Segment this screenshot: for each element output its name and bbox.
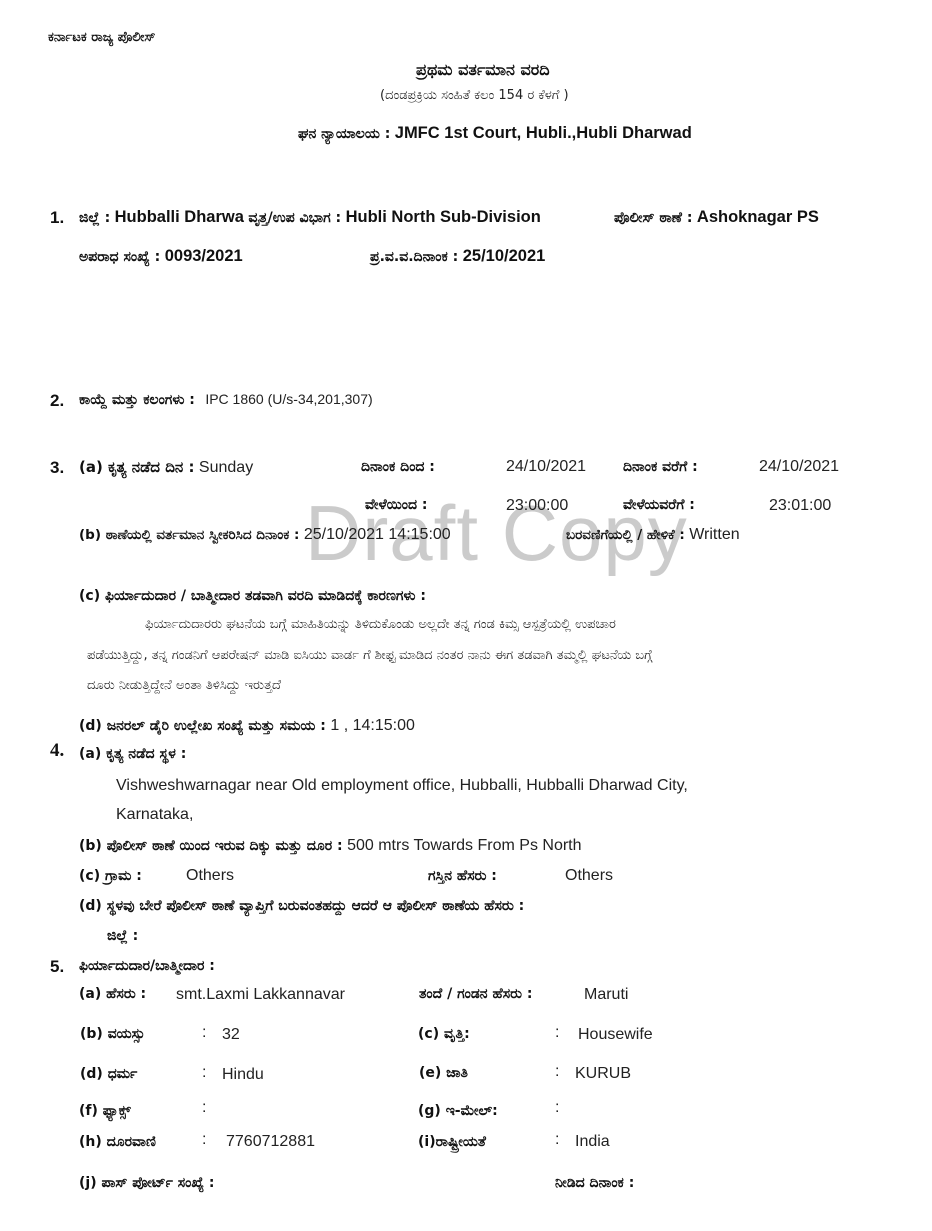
age-label: (b) ವಯಸ್ಸು	[80, 1026, 145, 1042]
nationality-label: (i)ರಾಷ್ಟ್ರೀಯತೆ	[418, 1134, 486, 1150]
district-label: ಜಿಲ್ಲೆ :	[79, 210, 110, 226]
fir-date-label: ಪ್ರ.ವ.ವ.ದಿನಾಂಕ :	[370, 249, 458, 265]
time-from-value: 23:00:00	[506, 497, 568, 515]
other-station-label: (d) ಸ್ಥಳವು ಬೇರೆ ಪೊಲೀಸ್ ಠಾಣೆ ವ್ಯಾಪ್ತಿಗೆ ಬ…	[79, 898, 524, 914]
occupation-colon: :	[555, 1024, 559, 1042]
religion-label: (d) ಧರ್ಮ	[80, 1066, 137, 1082]
crime-no-row: ಅಪರಾಧ ಸಂಖ್ಯೆ : 0093/2021	[79, 247, 243, 266]
name-label: (a) ಹೆಸರು :	[79, 986, 146, 1002]
phone-label: (h) ದೂರವಾಣಿ	[79, 1134, 156, 1150]
date-to-value: 24/10/2021	[759, 458, 839, 476]
general-diary-row: (d) ಜನರಲ್ ಡೈರಿ ಉಲ್ಲೇಖ ಸಂಖ್ಯೆ ಮತ್ತು ಸಮಯ :…	[79, 717, 415, 735]
date-from-value: 24/10/2021	[506, 458, 586, 476]
received-date-value: 25/10/2021 14:15:00	[304, 526, 451, 543]
section1-number: 1.	[50, 208, 64, 228]
direction-distance-label: (b) ಪೊಲೀಸ್ ಠಾಣೆ ಯಿಂದ ಇರುವ ದಿಕ್ಕು ಮತ್ತು ದ…	[79, 838, 343, 854]
crime-no-label: ಅಪರಾಧ ಸಂಖ್ಯೆ :	[79, 249, 160, 265]
subdivision-label: ವೃತ್ತ/ಉಪ ವಿಭಾಗ :	[248, 210, 341, 226]
court-value: JMFC 1st Court, Hubli.,Hubli Dharwad	[395, 124, 692, 142]
section3-number: 3.	[50, 458, 64, 478]
age-colon: :	[202, 1024, 206, 1042]
section2-number: 2.	[50, 391, 64, 411]
received-date-label: (b) ಠಾಣೆಯಲ್ಲಿ ವರ್ತಮಾನ ಸ್ವೀಕರಿಸಿದ ದಿನಾಂಕ …	[79, 527, 299, 543]
passport-issued-date-label: ನೀಡಿದ ದಿನಾಂಕ :	[555, 1175, 634, 1191]
delay-reason-line-2: ಪಡೆಯುತ್ತಿದ್ದು, ತನ್ನ ಗಂಡನಿಗೆ ಆಪರೇಷನ್ ಮಾಡಿ…	[87, 648, 652, 663]
complainant-label: ಫಿರ್ಯಾದುದಾರ/ಬಾತ್ಮೀದಾರ :	[79, 958, 215, 974]
village-value: Others	[186, 867, 234, 885]
nationality-colon: :	[555, 1131, 559, 1149]
date-to-label: ದಿನಾಂಕ ವರೆಗೆ :	[623, 459, 698, 475]
court-row: ಘನ ನ್ಯಾಯಾಲಯ : JMFC 1st Court, Hubli.,Hub…	[298, 124, 692, 143]
acts-value: IPC 1860 (U/s-34,201,307)	[205, 391, 372, 407]
section4-number: 4.	[50, 740, 64, 762]
station-label: ಪೊಲೀಸ್ ಠಾಣೆ :	[614, 210, 692, 226]
name-value: smt.Laxmi Lakkannavar	[176, 986, 345, 1004]
beat-value: Others	[565, 867, 613, 885]
time-to-label: ವೇಳೆಯವರೆಗೆ :	[623, 497, 695, 513]
occurrence-day-value: Sunday	[199, 459, 253, 476]
document-title: ಪ್ರಥಮ ವರ್ತಮಾನ ವರದಿ	[416, 60, 550, 80]
email-colon: :	[555, 1099, 559, 1117]
station-row: ಪೊಲೀಸ್ ಠಾಣೆ : Ashoknagar PS	[614, 208, 819, 227]
fir-date-value: 25/10/2021	[463, 247, 546, 265]
delay-reason-line-1: ಫಿರ್ಯಾದುದಾರರು ಘಟನೆಯ ಬಗ್ಗೆ ಮಾಹಿತಿಯನ್ನು ತಿ…	[145, 617, 616, 632]
religion-colon: :	[202, 1064, 206, 1082]
caste-label: (e) ಜಾತಿ	[419, 1065, 468, 1081]
fax-label: (f) ಫ್ಯಾಕ್ಸ್	[79, 1103, 131, 1119]
date-from-label: ದಿನಾಂಕ ದಿಂದ :	[361, 459, 435, 475]
phone-colon: :	[202, 1131, 206, 1149]
other-district-label: ಜಿಲ್ಲೆ :	[107, 928, 138, 944]
written-label: ಬರವಣಿಗೆಯಲ್ಲಿ / ಹೇಳಿಕೆ :	[566, 527, 685, 543]
place-line-2: Karnataka,	[116, 806, 193, 824]
crime-no-value: 0093/2021	[165, 247, 243, 265]
delay-reason-label: (c) ಫಿರ್ಯಾದುದಾರ / ಬಾತ್ಮೀದಾರ ತಡವಾಗಿ ವರದಿ …	[79, 588, 426, 604]
occurrence-day-row: (a) ಕೃತ್ಯ ನಡೆದ ದಿನ : Sunday	[79, 458, 253, 477]
direction-distance-value: 500 mtrs Towards From Ps North	[347, 837, 581, 854]
acts-label: ಕಾಯ್ದೆ ಮತ್ತು ಕಲಂಗಳು :	[79, 392, 195, 408]
document-subtitle: (ದಂಡಪ್ರಕ್ರಿಯ ಸಂಹಿತೆ ಕಲಂ 154 ರ ಕೆಳಗೆ )	[380, 88, 569, 103]
village-label: (c) ಗ್ರಾಮ :	[79, 868, 142, 884]
father-name-value: Maruti	[584, 986, 628, 1004]
station-value: Ashoknagar PS	[697, 208, 819, 226]
place-line-1: Vishweshwarnagar near Old employment off…	[116, 777, 688, 795]
occurrence-day-label: (a) ಕೃತ್ಯ ನಡೆದ ದಿನ :	[79, 458, 194, 476]
written-value: Written	[689, 526, 739, 543]
caste-colon: :	[555, 1063, 559, 1081]
district-row: ಜಿಲ್ಲೆ : Hubballi Dharwa ವೃತ್ತ/ಉಪ ವಿಭಾಗ …	[79, 208, 541, 227]
general-diary-value: 1 , 14:15:00	[330, 717, 415, 734]
occupation-value: Housewife	[578, 1026, 653, 1044]
email-label: (g) ಇ-ಮೇಲ್:	[418, 1103, 498, 1119]
passport-label: (j) ಪಾಸ್ ಪೋರ್ಟ್ ಸಂಖ್ಯೆ :	[79, 1175, 215, 1191]
delay-reason-line-3: ದೂರು ನೀಡುತ್ತಿದ್ದೇನೆ ಅಂತಾ ತಿಳಿಸಿದ್ದು ಇರುತ…	[87, 678, 281, 693]
age-value: 32	[222, 1026, 240, 1044]
caste-value: KURUB	[575, 1065, 631, 1083]
org-name: ಕರ್ನಾಟಕ ರಾಜ್ಯ ಪೊಲೀಸ್	[48, 30, 155, 45]
acts-row: ಕಾಯ್ದೆ ಮತ್ತು ಕಲಂಗಳು : IPC 1860 (U/s-34,2…	[79, 391, 373, 409]
occupation-label: (c) ವೃತ್ತಿ:	[418, 1026, 470, 1042]
father-name-label: ತಂದೆ / ಗಂಡನ ಹೆಸರು :	[419, 986, 532, 1002]
district-value: Hubballi Dharwa	[115, 208, 244, 226]
time-from-label: ವೇಳೆಯಿಂದ :	[365, 497, 428, 513]
section5-number: 5.	[50, 957, 64, 977]
phone-value: 7760712881	[226, 1133, 315, 1151]
place-label: (a) ಕೃತ್ಯ ನಡೆದ ಸ್ಥಳ :	[79, 746, 186, 762]
direction-distance-row: (b) ಪೊಲೀಸ್ ಠಾಣೆ ಯಿಂದ ಇರುವ ದಿಕ್ಕು ಮತ್ತು ದ…	[79, 837, 582, 855]
religion-value: Hindu	[222, 1066, 264, 1084]
nationality-value: India	[575, 1133, 610, 1151]
subdivision-value: Hubli North Sub-Division	[346, 208, 541, 226]
court-label: ಘನ ನ್ಯಾಯಾಲಯ :	[298, 126, 390, 142]
beat-label: ಗಸ್ತಿನ ಹೆಸರು :	[428, 868, 497, 884]
time-to-value: 23:01:00	[769, 497, 831, 515]
fax-colon: :	[202, 1099, 206, 1117]
general-diary-label: (d) ಜನರಲ್ ಡೈರಿ ಉಲ್ಲೇಖ ಸಂಖ್ಯೆ ಮತ್ತು ಸಮಯ :	[79, 718, 326, 734]
fir-date-row: ಪ್ರ.ವ.ವ.ದಿನಾಂಕ : 25/10/2021	[370, 247, 545, 266]
written-row: ಬರವಣಿಗೆಯಲ್ಲಿ / ಹೇಳಿಕೆ : Written	[566, 526, 740, 544]
received-date-row: (b) ಠಾಣೆಯಲ್ಲಿ ವರ್ತಮಾನ ಸ್ವೀಕರಿಸಿದ ದಿನಾಂಕ …	[79, 526, 451, 544]
